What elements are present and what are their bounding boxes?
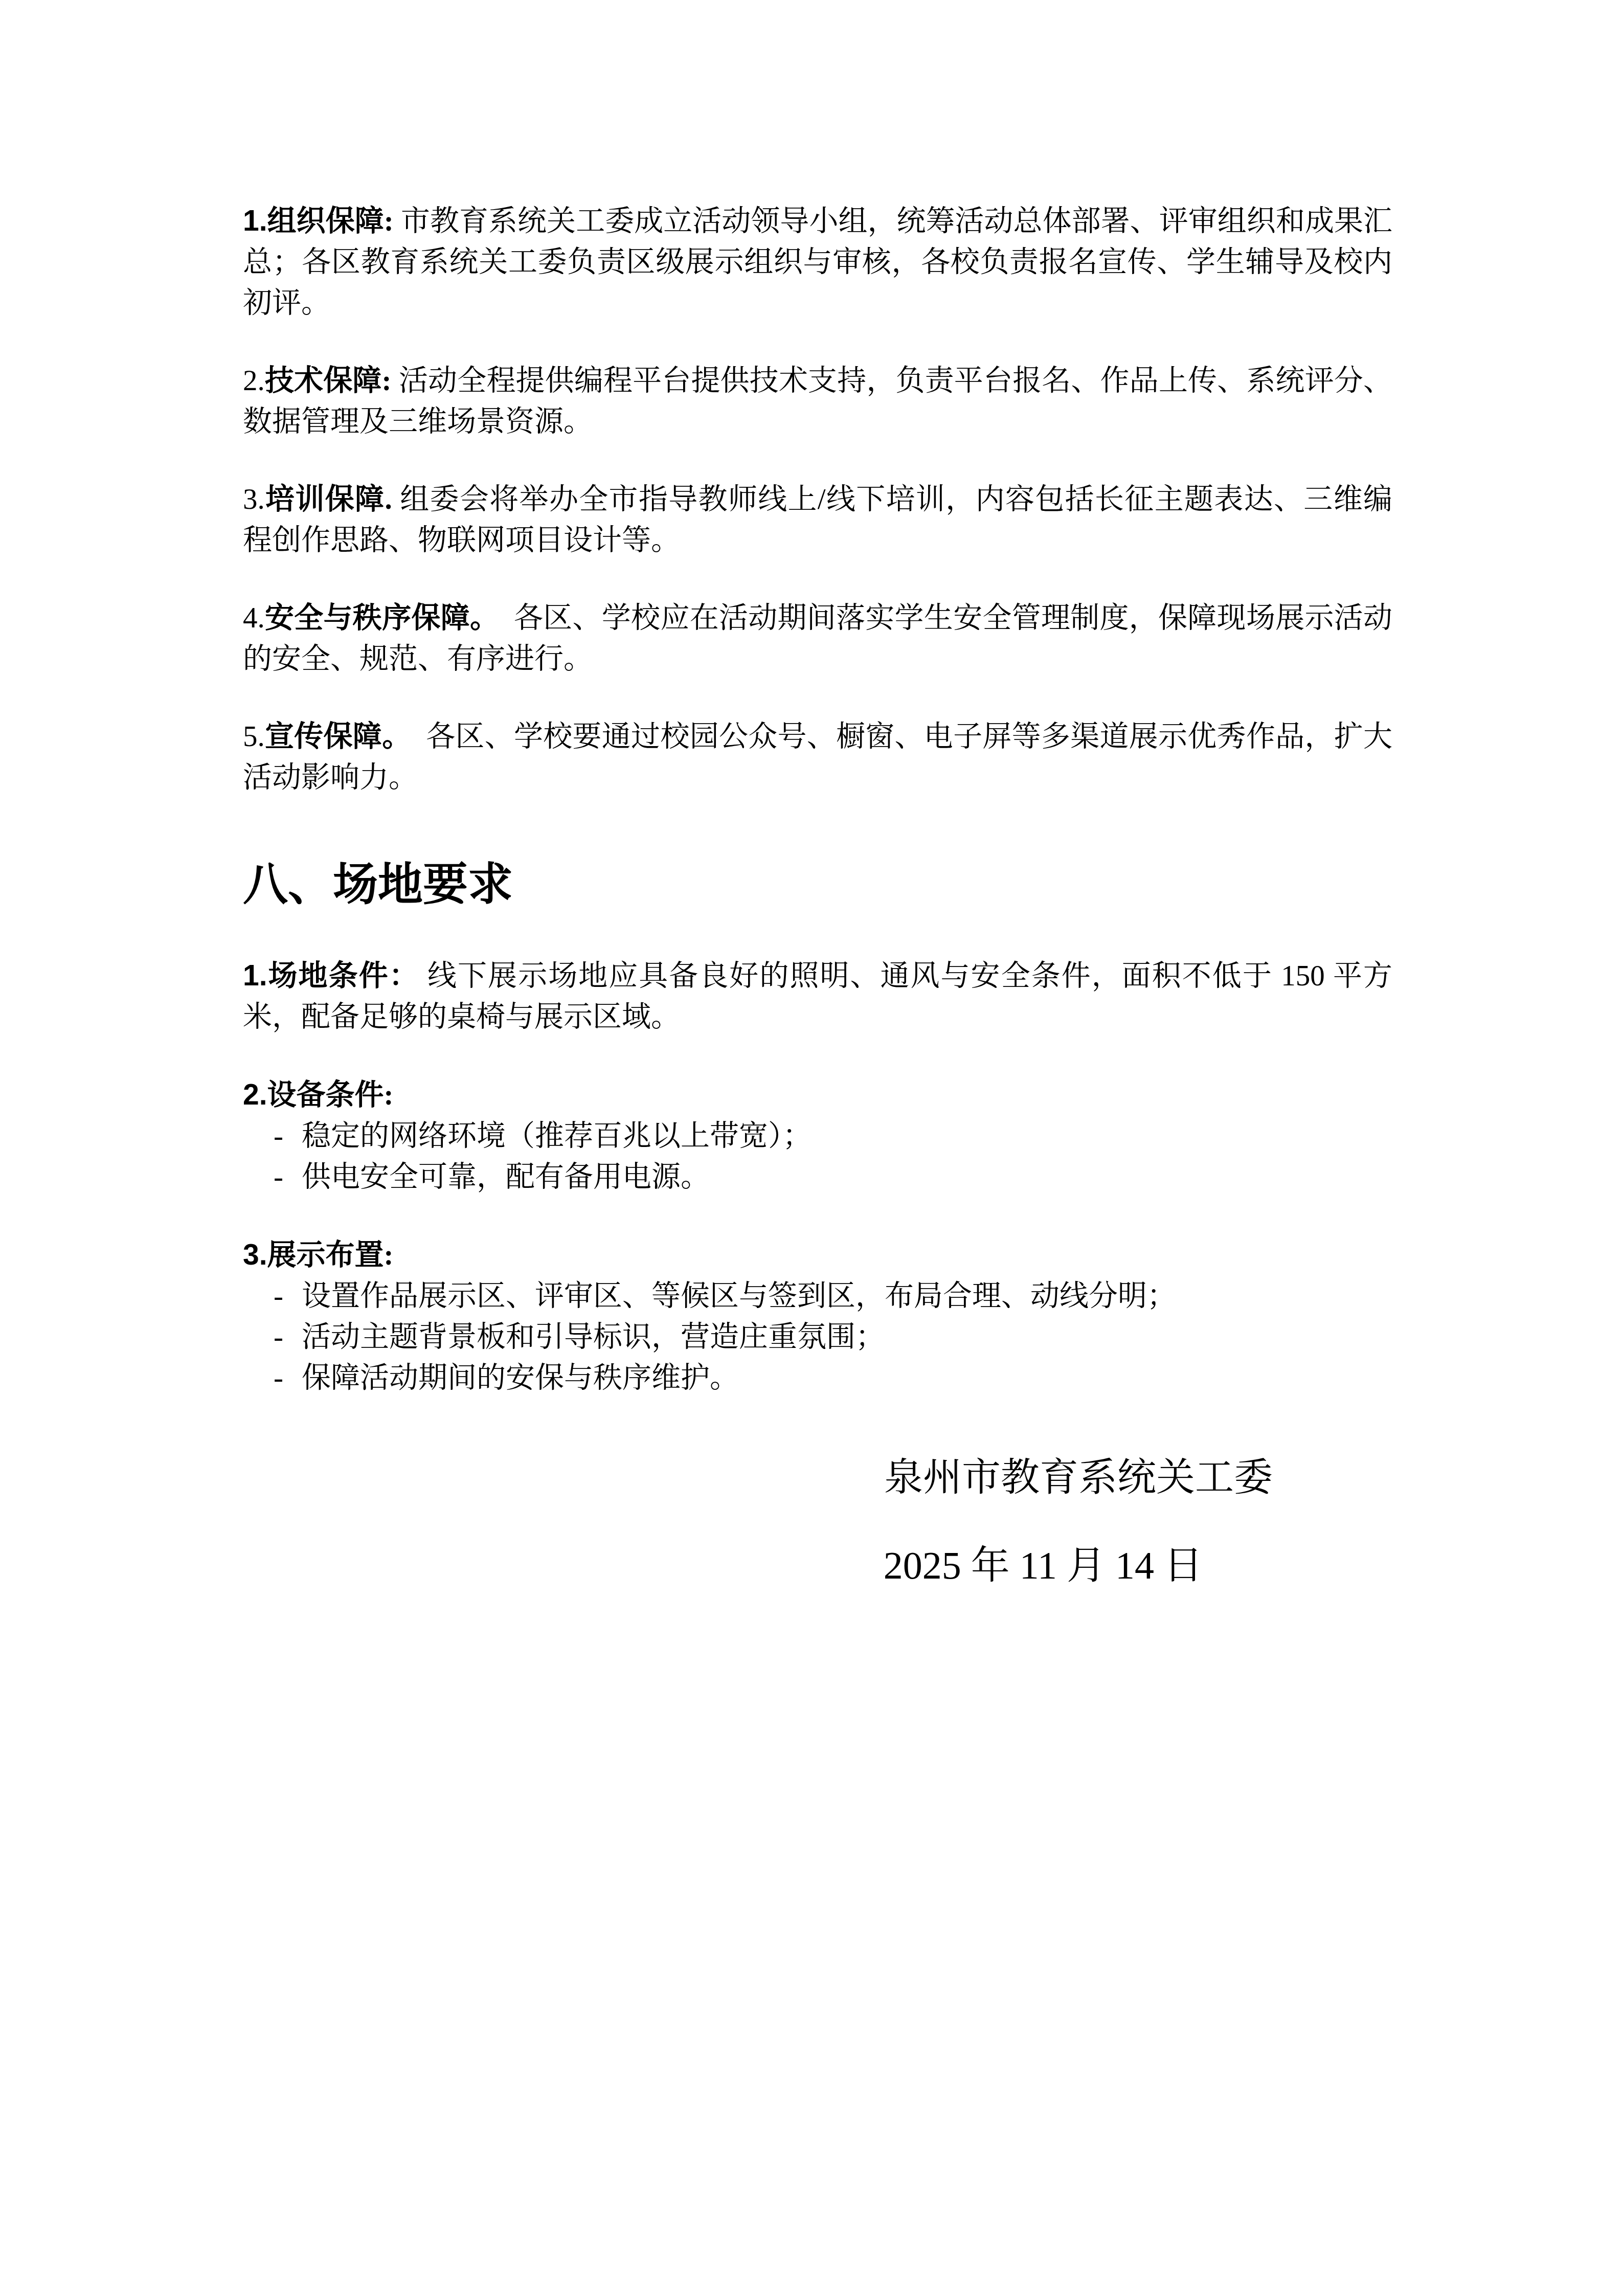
paragraph-label: 宣传保障。 [265,721,397,753]
paragraph-label: 组织保障: [267,205,394,237]
bullet-marker: - [274,1276,283,1317]
venue-item-heading: 2.设备条件: [243,1074,1392,1116]
bullet-text: 活动主题背景板和引导标识，营造庄重氛围； [302,1321,885,1353]
venue-item-heading: 1.场地条件： 线下展示场地应具备良好的照明、通风与安全条件，面积不低于 150… [243,955,1392,1038]
bullet-marker: - [274,1116,283,1157]
support-paragraph-list: 1.组织保障: 市教育系统关工委成立活动领导小组，统筹活动总体部署、评审组织和成… [243,200,1392,798]
paragraph-number: 3. [243,483,265,515]
paragraph-number: 2. [243,365,265,397]
venue-item-label: 设备条件: [267,1079,394,1111]
venue-bullet-list: -稳定的网络环境（推荐百兆以上带宽）； -供电安全可靠，配有备用电源。 [243,1116,1392,1198]
bullet-marker: - [274,1317,283,1358]
venue-item-label: 场地条件： [267,960,419,992]
bullet-item: -稳定的网络环境（推荐百兆以上带宽）； [243,1116,1392,1157]
bullet-text: 设置作品展示区、评审区、等候区与签到区，布局合理、动线分明； [302,1280,1176,1312]
paragraph-text: 组委会将举办全市指导教师线上/线下培训，内容包括长征主题表达、三维编程创作思路、… [243,483,1392,556]
signature-date: 2025 年 11 月 14 日 [243,1540,1392,1591]
bullet-marker: - [274,1157,283,1198]
support-paragraph: 3.培训保障. 组委会将举办全市指导教师线上/线下培训，内容包括长征主题表达、三… [243,479,1392,561]
signature-org: 泉州市教育系统关工委 [243,1452,1392,1503]
venue-item-heading: 3.展示布置: [243,1234,1392,1276]
venue-item-number: 3. [243,1239,267,1271]
bullet-item: -设置作品展示区、评审区、等候区与签到区，布局合理、动线分明； [243,1276,1392,1317]
venue-bullet-list: -设置作品展示区、评审区、等候区与签到区，布局合理、动线分明； -活动主题背景板… [243,1276,1392,1399]
support-paragraph: 2.技术保障: 活动全程提供编程平台提供技术支持，负责平台报名、作品上传、系统评… [243,361,1392,442]
paragraph-text: 活动全程提供编程平台提供技术支持，负责平台报名、作品上传、系统评分、数据管理及三… [243,365,1392,438]
venue-item: 1.场地条件： 线下展示场地应具备良好的照明、通风与安全条件，面积不低于 150… [243,955,1392,1038]
paragraph-text: 市教育系统关工委成立活动领导小组，统筹活动总体部署、评审组织和成果汇总；各区教育… [243,205,1392,319]
paragraph-label: 培训保障. [265,483,392,515]
venue-item-number: 1. [243,959,267,992]
venue-item-list: 1.场地条件： 线下展示场地应具备良好的照明、通风与安全条件，面积不低于 150… [243,955,1392,1399]
paragraph-number: 5. [243,721,265,753]
support-paragraph: 5.宣传保障。 各区、学校要通过校园公众号、橱窗、电子屏等多渠道展示优秀作品，扩… [243,716,1392,798]
bullet-text: 稳定的网络环境（推荐百兆以上带宽）； [302,1120,812,1152]
signature-block: 泉州市教育系统关工委 2025 年 11 月 14 日 [243,1452,1392,1591]
bullet-text: 保障活动期间的安保与秩序维护。 [302,1362,739,1394]
paragraph-number: 4. [243,602,265,634]
support-paragraph: 1.组织保障: 市教育系统关工委成立活动领导小组，统筹活动总体部署、评审组织和成… [243,200,1392,324]
venue-item: 3.展示布置: -设置作品展示区、评审区、等候区与签到区，布局合理、动线分明； … [243,1234,1392,1399]
paragraph-label: 技术保障: [265,365,392,397]
document-body: 1.组织保障: 市教育系统关工委成立活动领导小组，统筹活动总体部署、评审组织和成… [243,200,1392,1591]
paragraph-text: 各区、学校要通过校园公众号、橱窗、电子屏等多渠道展示优秀作品，扩大活动影响力。 [243,721,1392,794]
venue-item-number: 2. [243,1078,267,1111]
bullet-item: -供电安全可靠，配有备用电源。 [243,1157,1392,1198]
support-paragraph: 4.安全与秩序保障。 各区、学校应在活动期间落实学生安全管理制度，保障现场展示活… [243,598,1392,680]
bullet-marker: - [274,1358,283,1399]
bullet-item: -保障活动期间的安保与秩序维护。 [243,1358,1392,1399]
paragraph-number: 1. [243,205,267,237]
venue-item-label: 展示布置: [267,1239,394,1271]
paragraph-label: 安全与秩序保障。 [265,602,485,634]
venue-item: 2.设备条件: -稳定的网络环境（推荐百兆以上带宽）； -供电安全可靠，配有备用… [243,1074,1392,1198]
section-heading: 八、场地要求 [243,856,1392,914]
bullet-text: 供电安全可靠，配有备用电源。 [302,1161,710,1193]
bullet-item: -活动主题背景板和引导标识，营造庄重氛围； [243,1317,1392,1358]
